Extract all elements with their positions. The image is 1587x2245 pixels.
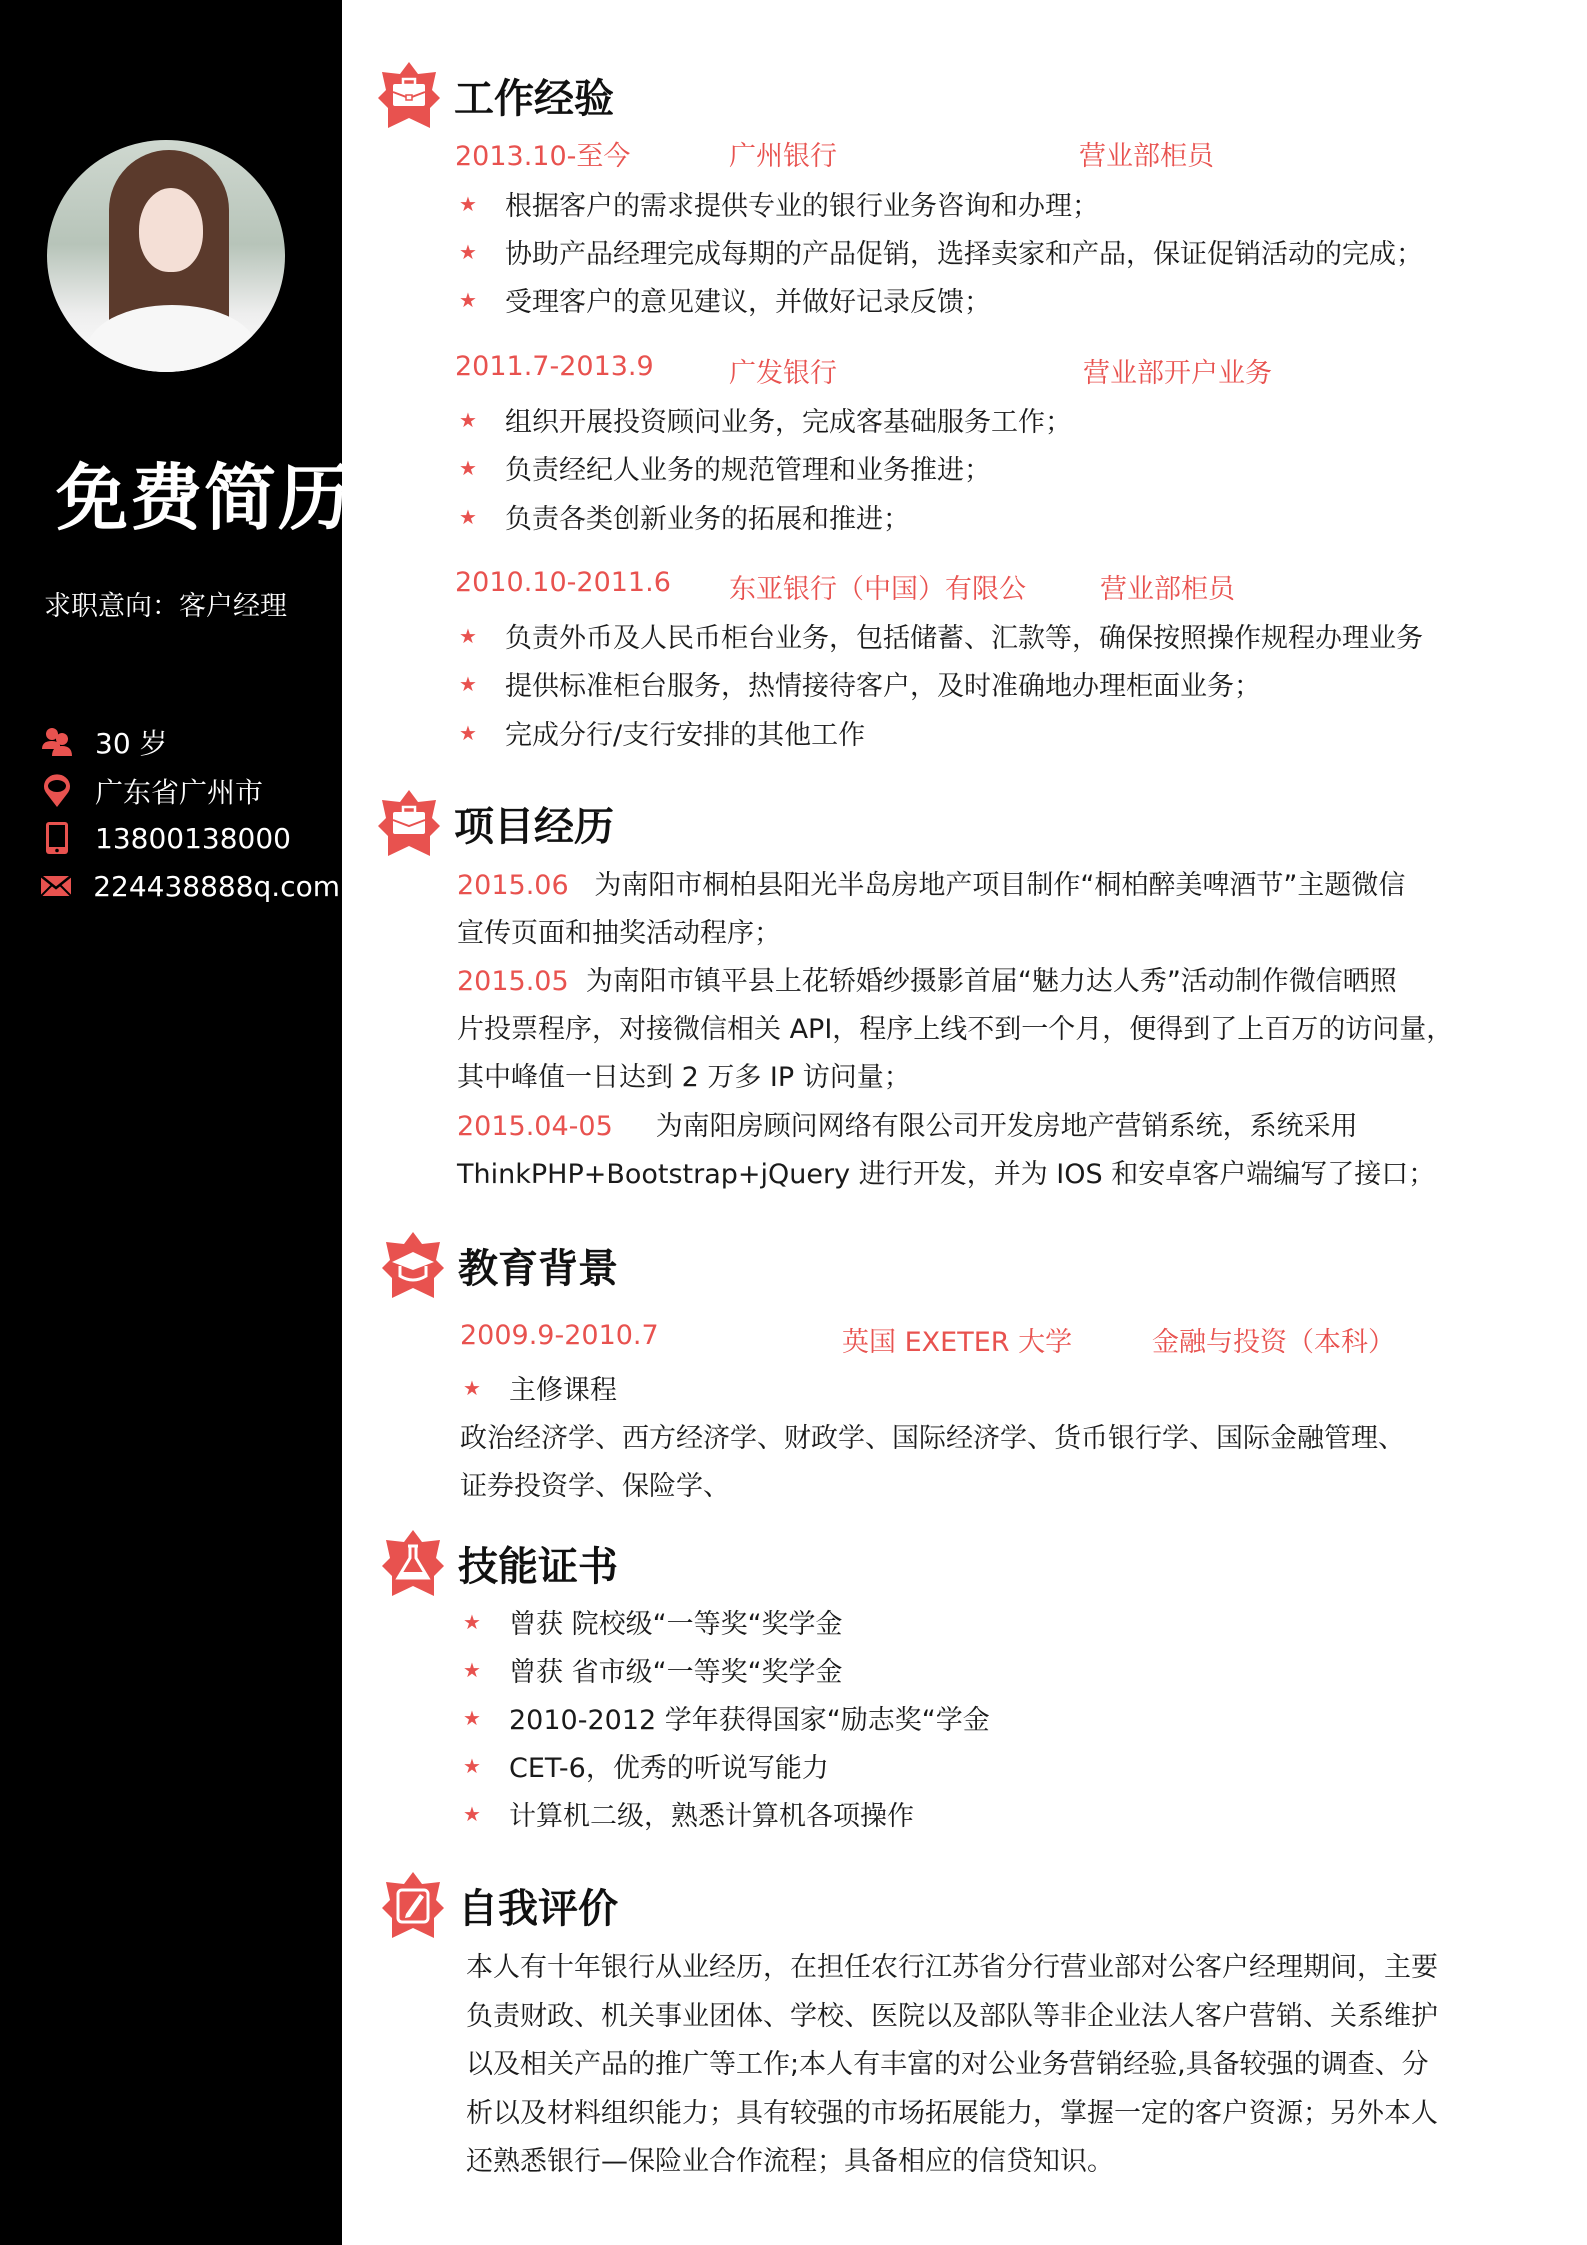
edu-courses: 政治经济学、西方经济学、财政学、国际经济学、货币银行学、国际金融管理、	[460, 1416, 1405, 1455]
job-company: 广州银行	[729, 134, 837, 173]
contact-phone: 13800138000	[40, 816, 340, 860]
star-icon: ★	[463, 1706, 509, 1730]
edu-date: 2009.9-2010.7	[460, 1320, 659, 1351]
job-company: 东亚银行（中国）有限公	[729, 567, 1026, 606]
job-duty: ★负责外币及人民币柜台业务，包括储蓄、汇款等，确保按照操作规程办理业务	[459, 616, 1423, 655]
phone-icon	[40, 821, 74, 855]
star-icon: ★	[459, 240, 505, 264]
avatar	[47, 140, 285, 372]
briefcase-icon	[378, 62, 440, 128]
section-header-projects: 项目经历	[378, 790, 614, 856]
star-icon: ★	[459, 505, 505, 529]
pencil-note-icon	[382, 1872, 444, 1938]
star-icon: ★	[463, 1754, 509, 1778]
skill-item: ★CET-6，优秀的听说写能力	[463, 1746, 829, 1785]
edu-course-label: ★主修课程	[463, 1368, 617, 1407]
star-icon: ★	[459, 288, 505, 312]
project-line: 宣传页面和抽奖活动程序；	[457, 911, 781, 950]
section-header-skills: 技能证书	[382, 1530, 618, 1596]
section-title-education: 教育背景	[458, 1237, 618, 1294]
section-title-skills: 技能证书	[458, 1535, 618, 1592]
contact-phone-text: 13800138000	[95, 822, 291, 855]
self-eval-line: 本人有十年银行从业经历，在担任农行江苏省分行营业部对公客户经理期间，主要	[466, 1945, 1438, 1984]
avatar-face	[139, 188, 203, 272]
section-header-education: 教育背景	[382, 1232, 618, 1298]
job-role: 营业部柜员	[1100, 567, 1235, 606]
flask-icon	[382, 1530, 444, 1596]
star-icon: ★	[459, 721, 505, 745]
job-duty: ★提供标准柜台服务，热情接待客户，及时准确地办理柜面业务；	[459, 664, 1261, 703]
contact-email-text: 224438888q.com	[93, 870, 340, 903]
project-entry: 2015.05 为南阳市镇平县上花轿婚纱摄影首届“魅力达人秀”活动制作微信晒照	[457, 959, 1397, 998]
contact-email: 224438888q.com	[40, 864, 340, 908]
contact-age-text: 30 岁	[95, 722, 168, 762]
section-title-work: 工作经验	[454, 67, 614, 124]
job-role: 营业部开户业务	[1083, 351, 1272, 390]
star-icon: ★	[459, 192, 505, 216]
edu-school: 英国 EXETER 大学	[842, 1320, 1072, 1359]
project-line: 其中峰值一日达到 2 万多 IP 访问量；	[457, 1055, 911, 1094]
skill-item: ★2010-2012 学年获得国家“励志奖“学金	[463, 1698, 990, 1737]
job-duty: ★受理客户的意见建议，并做好记录反馈；	[459, 280, 991, 319]
users-icon	[40, 725, 74, 759]
self-eval-line: 还熟悉银行—保险业合作流程；具备相应的信贷知识。	[466, 2139, 1114, 2178]
skill-item: ★曾获 院校级“一等奖“奖学金	[463, 1602, 843, 1641]
star-icon: ★	[459, 624, 505, 648]
briefcase-icon	[378, 790, 440, 856]
contact-age: 30 岁	[40, 720, 340, 764]
star-icon: ★	[463, 1802, 509, 1826]
contact-location: 广东省广州市	[40, 769, 340, 813]
sidebar: 免费简历 求职意向：客户经理 30 岁 广东省广州市 13800138000 2…	[0, 0, 342, 2245]
project-entry: 2015.04-05 为南阳房顾问网络有限公司开发房地产营销系统，系统采用	[457, 1104, 1358, 1143]
section-header-self: 自我评价	[382, 1872, 618, 1938]
job-duty: ★完成分行/支行安排的其他工作	[459, 713, 865, 752]
job-duty: ★负责经纪人业务的规范管理和业务推进；	[459, 448, 991, 487]
star-icon: ★	[459, 672, 505, 696]
self-eval-line: 以及相关产品的推广等工作;本人有丰富的对公业务营销经验,具备较强的调查、分	[466, 2042, 1429, 2081]
skill-item: ★计算机二级，熟悉计算机各项操作	[463, 1794, 914, 1833]
job-intent: 求职意向：客户经理	[44, 584, 287, 623]
job-duty: ★负责各类创新业务的拓展和推进；	[459, 497, 910, 536]
edu-major: 金融与投资（本科）	[1152, 1320, 1395, 1359]
job-duty: ★根据客户的需求提供专业的银行业务咨询和办理；	[459, 184, 1099, 223]
edu-courses: 证券投资学、保险学、	[460, 1464, 730, 1503]
star-icon: ★	[463, 1376, 509, 1400]
section-title-projects: 项目经历	[454, 795, 614, 852]
section-title-self: 自我评价	[458, 1877, 618, 1934]
job-company: 广发银行	[729, 351, 837, 390]
job-date: 2010.10-2011.6	[455, 567, 671, 598]
contact-location-text: 广东省广州市	[95, 771, 263, 811]
project-line: ThinkPHP+Bootstrap+jQuery 进行开发，并为 IOS 和安…	[457, 1152, 1435, 1191]
star-icon: ★	[459, 456, 505, 480]
project-entry: 2015.06 为南阳市桐柏县阳光半岛房地产项目制作“桐柏醉美啤酒节”主题微信	[457, 863, 1405, 902]
job-duty: ★协助产品经理完成每期的产品促销，选择卖家和产品，保证促销活动的完成；	[459, 232, 1423, 271]
self-eval-line: 析以及材料组织能力；具有较强的市场拓展能力，掌握一定的客户资源；另外本人	[466, 2091, 1438, 2130]
main-content: 工作经验 2013.10-至今 广州银行 营业部柜员 ★根据客户的需求提供专业的…	[342, 0, 1587, 2245]
self-eval-line: 负责财政、机关事业团体、学校、医院以及部队等非企业法人客户营销、关系维护	[466, 1994, 1438, 2033]
section-header-work: 工作经验	[378, 62, 614, 128]
location-pin-icon	[40, 774, 74, 808]
project-line: 片投票程序，对接微信相关 API，程序上线不到一个月，便得到了上百万的访问量，	[457, 1007, 1453, 1046]
job-date: 2013.10-至今	[455, 134, 630, 173]
job-date: 2011.7-2013.9	[455, 351, 654, 382]
job-duty: ★组织开展投资顾问业务，完成客基础服务工作；	[459, 400, 1072, 439]
star-icon: ★	[463, 1658, 509, 1682]
star-icon: ★	[459, 408, 505, 432]
graduation-cap-icon	[382, 1232, 444, 1298]
resume-title: 免费简历	[56, 440, 352, 544]
star-icon: ★	[463, 1610, 509, 1634]
mail-icon	[40, 869, 72, 903]
job-role: 营业部柜员	[1079, 134, 1214, 173]
skill-item: ★曾获 省市级“一等奖“奖学金	[463, 1650, 843, 1689]
